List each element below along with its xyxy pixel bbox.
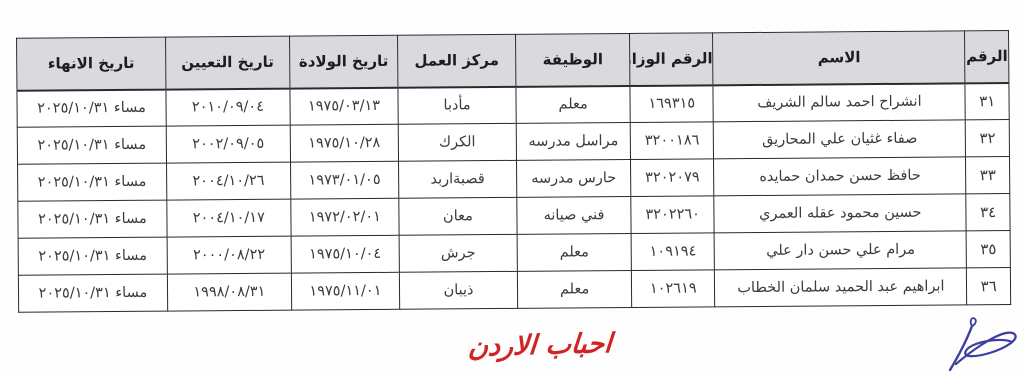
cell-work-center: الكرك <box>398 123 516 161</box>
cell-number: ٣٢ <box>966 120 1010 157</box>
cell-ministry-number: ١٠٩١٩٤ <box>631 233 715 271</box>
cell-birth-date: ١٩٧٥/١٠/٢٨ <box>290 124 398 162</box>
employees-table: الرقم الاسم الرقم الوزاري الوظيفة مركز ا… <box>16 30 1011 313</box>
cell-ministry-number: ٣٢٠٢٠٧٩ <box>631 159 715 197</box>
cell-number: ٣٤ <box>966 193 1010 230</box>
cell-job-title: معلم <box>517 233 631 271</box>
signature-strokes <box>950 318 1016 370</box>
cell-ministry-number: ٣٢٠٠١٨٦ <box>630 122 714 160</box>
cell-end-date: مساء ٢٠٢٥/١٠/٣١ <box>18 237 167 275</box>
column-header-name: الاسم <box>713 31 965 85</box>
cell-work-center: ذيبان <box>399 271 517 309</box>
column-header-work-center: مركز العمل <box>397 34 515 87</box>
cell-hire-date: ١٩٩٨/٠٨/٣١ <box>167 273 291 311</box>
cell-end-date: مساء ٢٠٢٥/١٠/٣١ <box>18 200 167 238</box>
cell-number: ٣٦ <box>967 267 1011 304</box>
cell-hire-date: ٢٠٠٠/٠٨/٢٢ <box>167 236 291 274</box>
cell-end-date: مساء ٢٠٢٥/١٠/٣١ <box>17 89 166 127</box>
column-header-birth-date: تاريخ الولادة <box>289 35 398 88</box>
cell-name: حافظ حسن حمدان حمايده <box>714 157 966 196</box>
cell-ministry-number: ١٦٩٣١٥ <box>630 85 714 123</box>
column-header-number: الرقم <box>965 31 1009 83</box>
cell-birth-date: ١٩٧٥/٠٣/١٣ <box>290 87 398 125</box>
cell-job-title: معلم <box>517 270 631 308</box>
scanned-document-page: الرقم الاسم الرقم الوزاري الوظيفة مركز ا… <box>0 0 1024 377</box>
cell-work-center: جرش <box>399 234 517 272</box>
cell-ministry-number: ١٠٢٦١٩ <box>631 270 715 308</box>
cell-hire-date: ٢٠٠٢/٠٩/٠٥ <box>166 125 290 163</box>
cell-name: حسين محمود عقله العمري <box>714 194 966 233</box>
cell-name: انشراح احمد سالم الشريف <box>713 83 965 122</box>
cell-hire-date: ٢٠٠٤/١٠/١٧ <box>167 199 291 237</box>
column-header-ministry-number: الرقم الوزاري <box>630 33 714 86</box>
cell-work-center: معان <box>399 197 517 235</box>
column-header-job-title: الوظيفة <box>516 33 630 86</box>
cell-birth-date: ١٩٧٣/٠١/٠٥ <box>290 161 398 199</box>
column-header-end-date: تاريخ الانهاء <box>17 37 166 90</box>
table-body: ٣١انشراح احمد سالم الشريف١٦٩٣١٥معلممأدبا… <box>17 83 1011 313</box>
cell-job-title: مراسل مدرسه <box>516 122 630 160</box>
cell-name: مرام علي حسن دار علي <box>714 231 966 270</box>
red-watermark-text: احباب الاردن <box>429 327 652 364</box>
cell-work-center: قصبةاربد <box>398 160 516 198</box>
cell-end-date: مساء ٢٠٢٥/١٠/٣١ <box>18 274 167 312</box>
cell-job-title: حارس مدرسه <box>517 159 631 197</box>
cell-name: ابراهيم عبد الحميد سلمان الخطاب <box>715 268 967 307</box>
column-header-hire-date: تاريخ التعيين <box>165 36 289 89</box>
cell-job-title: معلم <box>516 85 630 123</box>
cell-hire-date: ٢٠١٠/٠٩/٠٤ <box>166 88 290 126</box>
cell-end-date: مساء ٢٠٢٥/١٠/٣١ <box>18 163 167 201</box>
table-row: ٣٦ابراهيم عبد الحميد سلمان الخطاب١٠٢٦١٩م… <box>18 267 1010 312</box>
cell-birth-date: ١٩٧٥/١٠/٠٤ <box>291 235 399 273</box>
cell-number: ٣٥ <box>966 230 1010 267</box>
cell-work-center: مأدبا <box>398 86 516 124</box>
cell-number: ٣١ <box>965 83 1009 120</box>
cell-name: صفاء غثيان علي المحاريق <box>714 120 966 159</box>
cell-birth-date: ١٩٧٥/١١/٠١ <box>291 272 399 310</box>
cell-hire-date: ٢٠٠٤/١٠/٢٦ <box>166 162 290 200</box>
table-header-row: الرقم الاسم الرقم الوزاري الوظيفة مركز ا… <box>17 31 1009 91</box>
cell-birth-date: ١٩٧٢/٠٢/٠١ <box>291 198 399 236</box>
handwritten-signature <box>940 312 1020 374</box>
cell-job-title: فني صيانه <box>517 196 631 234</box>
cell-number: ٣٣ <box>966 157 1010 194</box>
cell-end-date: مساء ٢٠٢٥/١٠/٣١ <box>17 126 166 164</box>
cell-ministry-number: ٣٢٠٢٢٦٠ <box>631 196 715 234</box>
